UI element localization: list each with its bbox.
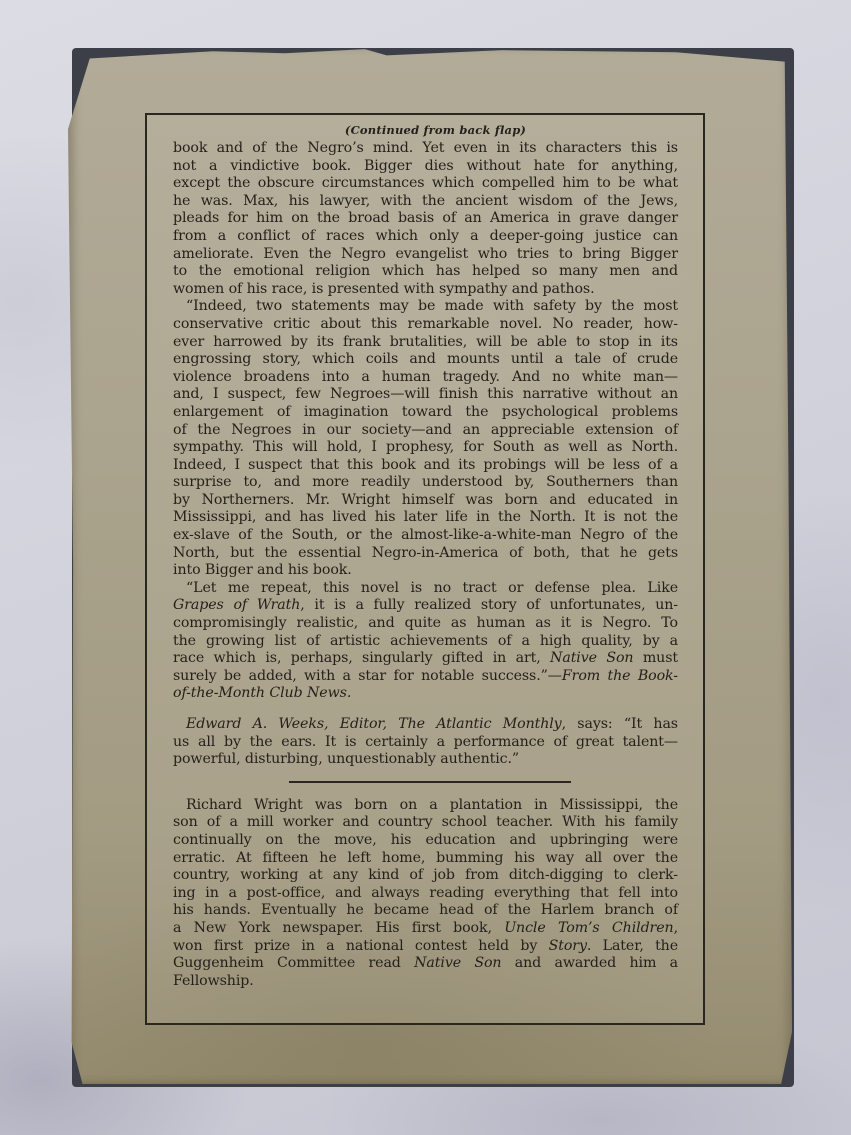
review-line: Edward A. Weeks, Editor, The Atlantic Mo… — [173, 716, 678, 734]
review-line: sympathy. This will hold, I prophesy, fo… — [173, 439, 678, 457]
review-line: from a conflict of races which only a de… — [173, 228, 678, 246]
review-line: “Indeed, two statements may be made with… — [173, 298, 678, 316]
review-line: except the obscure circumstances which c… — [173, 175, 678, 193]
review-line: not a vindictive book. Bigger dies witho… — [173, 158, 678, 176]
bio-line: erratic. At fifteen he left home, bummin… — [173, 850, 678, 868]
review-line: of-the-Month Club News. — [173, 685, 678, 703]
bio-line: son of a mill worker and country school … — [173, 814, 678, 832]
review-paragraph: “Indeed, two statements may be made with… — [173, 298, 678, 580]
review-line: women of his race, is presented with sym… — [173, 281, 678, 299]
author-bio: Richard Wright was born on a plantation … — [173, 797, 678, 991]
review-line: compromisingly realistic, and quite as h… — [173, 615, 678, 633]
review-line: ex-slave of the South, or the almost-lik… — [173, 527, 678, 545]
review-line: he was. Max, his lawyer, with the ancien… — [173, 193, 678, 211]
review-line: enlargement of imagination toward the ps… — [173, 404, 678, 422]
bio-line: won first prize in a national contest he… — [173, 938, 678, 956]
bio-line: country, working at any kind of job from… — [173, 867, 678, 885]
review-line: powerful, disturbing, unquestionably aut… — [173, 751, 678, 769]
bio-line: Guggenheim Committee read Native Son and… — [173, 955, 678, 973]
review-paragraph: “Let me repeat, this novel is no tract o… — [173, 580, 678, 703]
review-section: book and of the Negro’s mind. Yet even i… — [173, 140, 678, 769]
jacket-text: (Continued from back flap) book and of t… — [173, 120, 678, 990]
review-line: ameliorate. Even the Negro evangelist wh… — [173, 246, 678, 264]
review-line: violence broadens into a human tragedy. … — [173, 369, 678, 387]
bio-line: continually on the move, his education a… — [173, 832, 678, 850]
bio-line: Richard Wright was born on a plantation … — [173, 797, 678, 815]
review-line: us all by the ears. It is certainly a pe… — [173, 734, 678, 752]
paragraph-gap — [173, 703, 678, 716]
review-line: conservative critic about this remarkabl… — [173, 316, 678, 334]
review-line: the growing list of artistic achievement… — [173, 633, 678, 651]
review-line: ever harrowed by its frank brutalities, … — [173, 334, 678, 352]
section-divider — [289, 781, 571, 783]
review-line: surely be added, with a star for notable… — [173, 668, 678, 686]
bio-line: ing in a post-office, and always reading… — [173, 885, 678, 903]
review-paragraph: book and of the Negro’s mind. Yet even i… — [173, 140, 678, 298]
bio-line: a New York newspaper. His first book, Un… — [173, 920, 678, 938]
continued-caption: (Continued from back flap) — [173, 120, 678, 140]
bio-line: Fellowship. — [173, 973, 678, 991]
review-line: by Northerners. Mr. Wright himself was b… — [173, 492, 678, 510]
review-paragraph: Edward A. Weeks, Editor, The Atlantic Mo… — [173, 716, 678, 769]
review-line: North, but the essential Negro-in-Americ… — [173, 545, 678, 563]
review-line: engrossing story, which coils and mounts… — [173, 351, 678, 369]
review-line: race which is, perhaps, singularly gifte… — [173, 650, 678, 668]
review-line: Mississippi, and has lived his later lif… — [173, 509, 678, 527]
review-line: pleads for him on the broad basis of an … — [173, 210, 678, 228]
review-line: “Let me repeat, this novel is no tract o… — [173, 580, 678, 598]
review-line: Grapes of Wrath, it is a fully realized … — [173, 597, 678, 615]
review-line: Indeed, I suspect that this book and its… — [173, 457, 678, 475]
review-line: of the Negroes in our society—and an app… — [173, 422, 678, 440]
review-line: into Bigger and his book. — [173, 562, 678, 580]
review-line: surprise to, and more readily understood… — [173, 474, 678, 492]
bio-line: his hands. Eventually he became head of … — [173, 902, 678, 920]
review-line: to the emotional religion which has help… — [173, 263, 678, 281]
review-line: book and of the Negro’s mind. Yet even i… — [173, 140, 678, 158]
review-line: and, I suspect, few Negroes—will finish … — [173, 386, 678, 404]
